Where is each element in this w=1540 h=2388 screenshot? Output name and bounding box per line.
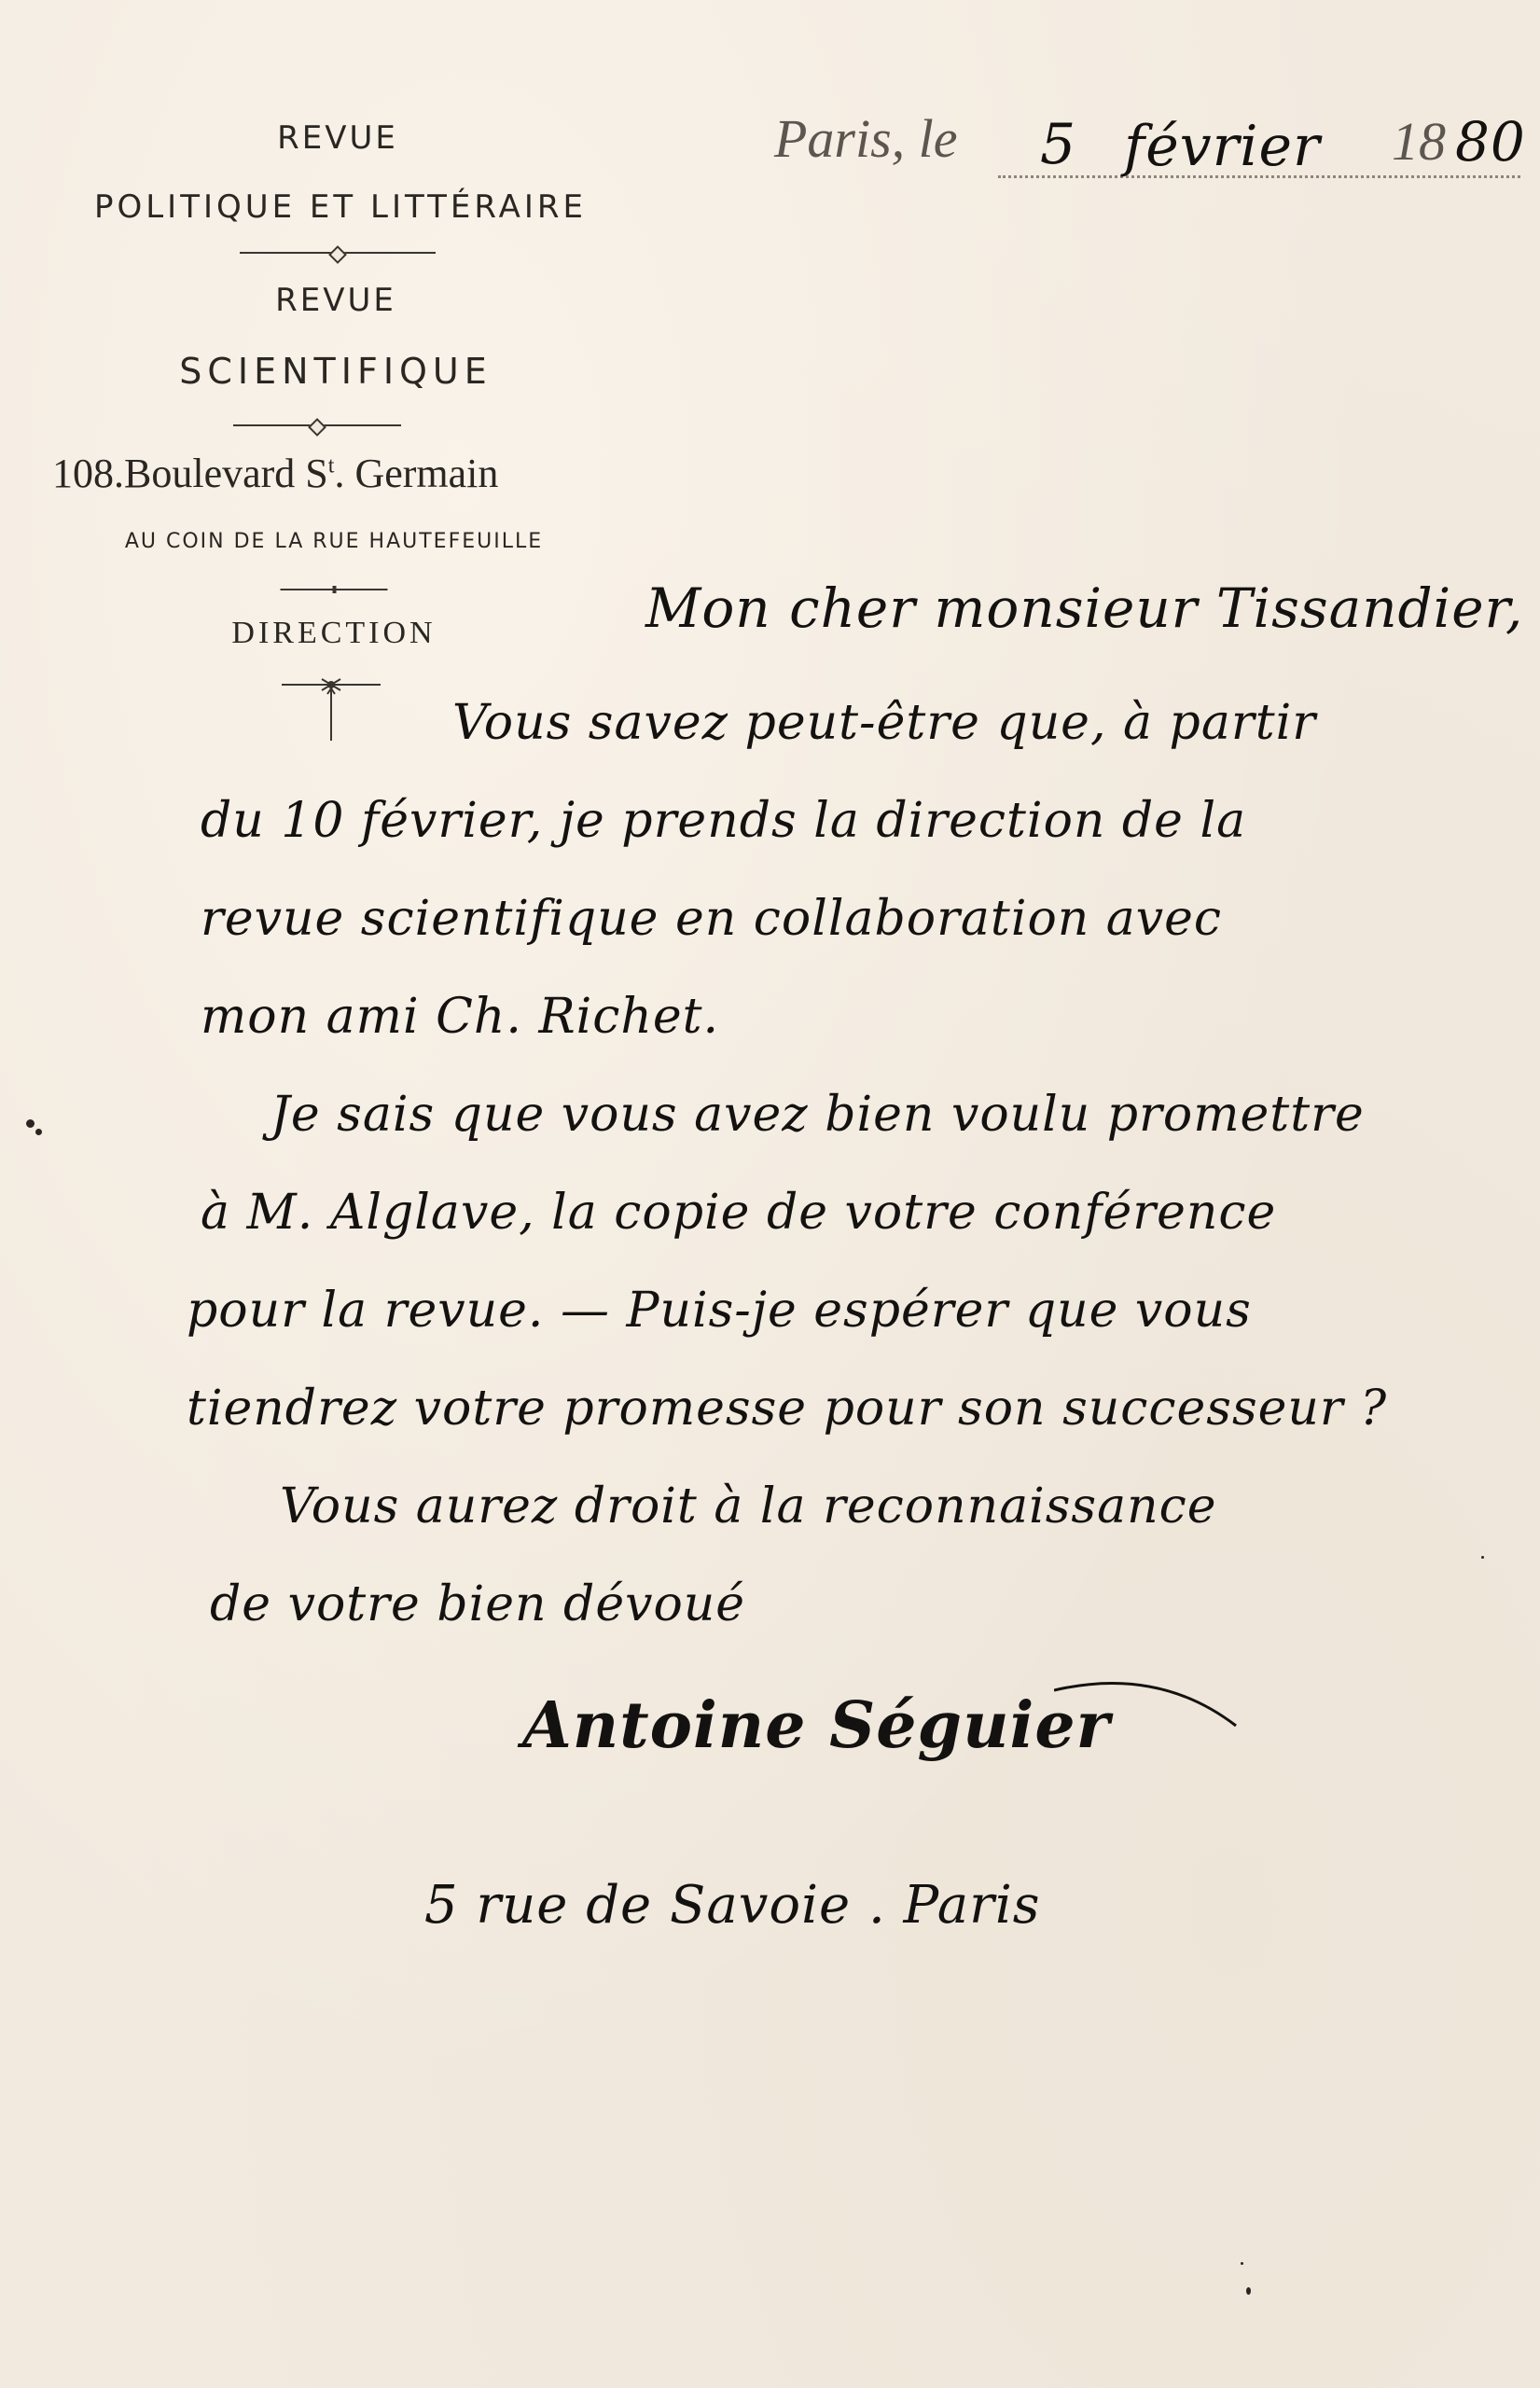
ornament-icon [280, 673, 382, 748]
small-divider [281, 589, 388, 590]
letter-line: du 10 février, je prends la direction de… [201, 793, 1246, 849]
letterhead-corner: AU COIN DE LA RUE HAUTEFEUILLE [125, 530, 543, 553]
letterhead-address: 108.Boulevard St. Germain [52, 450, 498, 497]
letter-line: de votre bien dévoué [210, 1576, 745, 1632]
dateline-day: 5 [1040, 112, 1076, 177]
letter-line: pour la revue. — Puis-je espérer que vou… [187, 1283, 1252, 1339]
letter-line: revue scientifique en collaboration avec [201, 891, 1222, 947]
ink-speck [26, 1119, 35, 1128]
letterhead-direction: DIRECTION [231, 616, 436, 651]
letter-line: mon ami Ch. Richet. [201, 989, 719, 1045]
letterhead-politique-litteraire: POLITIQUE ET LITTÉRAIRE [94, 188, 587, 226]
ornamental-divider [233, 424, 401, 426]
ink-speck [35, 1129, 42, 1135]
ink-speck [1246, 2287, 1251, 2295]
letterhead-revue-2: REVUE [275, 282, 396, 319]
ink-speck [1481, 1556, 1484, 1559]
letter-line: tiendrez votre promesse pour son success… [187, 1381, 1387, 1437]
letterhead-revue-1: REVUE [277, 119, 398, 157]
letterhead-scientifique: SCIENTIFIQUE [179, 351, 493, 392]
ink-speck [1241, 2262, 1243, 2265]
signature-flourish-icon [1054, 1670, 1241, 1744]
dateline-month: février [1124, 114, 1321, 179]
dateline-printed-prefix: Paris, le [774, 107, 958, 170]
dateline-year-printed: 18 [1392, 110, 1446, 173]
letter-line: Vous savez peut-être que, à partir [452, 695, 1316, 751]
letter-line: Vous aurez droit à la reconnaissance [280, 1479, 1216, 1534]
ornamental-divider [240, 252, 436, 254]
letter-line: à M. Alglave, la copie de votre conféren… [201, 1185, 1276, 1241]
salutation: Mon cher monsieur Tissandier, [645, 576, 1523, 640]
signature: Antoine Séguier [522, 1688, 1110, 1763]
letter-line: Je sais que vous avez bien voulu promett… [271, 1087, 1365, 1143]
dateline-year-handwritten: 80 [1455, 110, 1526, 174]
sender-address: 5 rue de Savoie . Paris [424, 1875, 1041, 1936]
